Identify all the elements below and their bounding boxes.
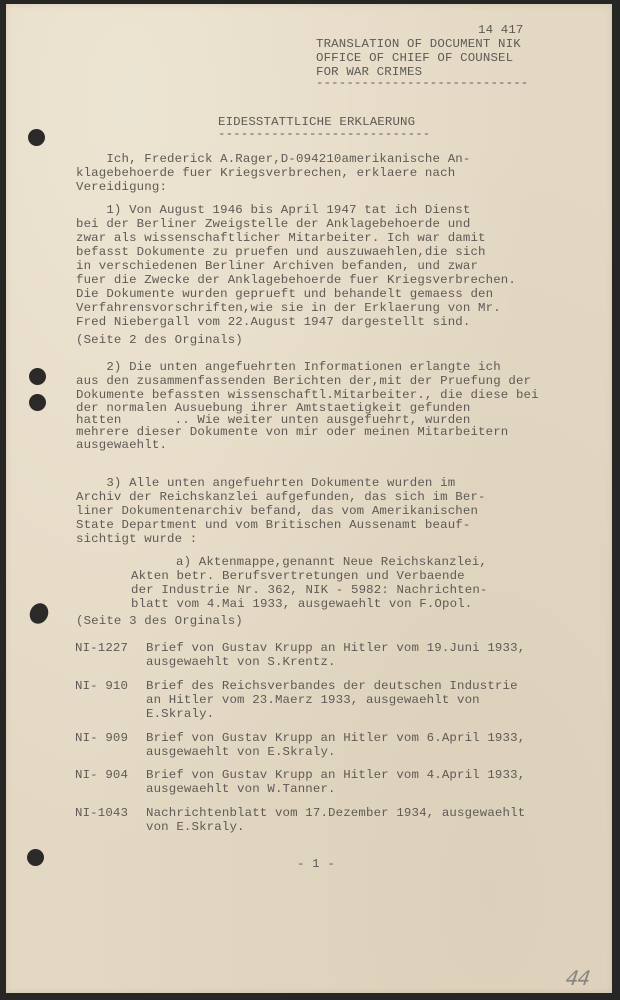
document-code: NI-1227 <box>75 641 128 656</box>
title-underline: ---------------------------- <box>218 127 430 142</box>
punch-hole-1 <box>28 129 45 146</box>
paragraph-1-line-5: in verschiedenen Berliner Archiven befan… <box>76 259 478 274</box>
document-code: NI- 904 <box>75 768 128 783</box>
document-code: NI- 909 <box>75 731 128 746</box>
paragraph-2-line-7: ausgewaehlt. <box>76 438 167 453</box>
handwritten-folio-number: 44 <box>564 966 591 990</box>
paragraph-1-line-6: fuer die Zwecke der Anklagebehoerde fuer… <box>76 273 516 288</box>
document-number: 14 417 <box>478 23 524 38</box>
subparagraph-a-line-3: der Industrie Nr. 362, NIK - 5982: Nachr… <box>131 583 488 598</box>
document-description-line-1: Brief von Gustav Krupp an Hitler vom 19.… <box>146 641 525 656</box>
document-description-line-2: von E.Skraly. <box>146 820 245 835</box>
document-description-line-2: an Hitler vom 23.Maerz 1933, ausgewaehlt… <box>146 693 480 708</box>
paragraph-1-line-3: zwar als wissenschaftlicher Mitarbeiter.… <box>76 231 486 246</box>
document-description-line-2: ausgewaehlt von E.Skraly. <box>146 745 336 760</box>
page-number: - 1 - <box>297 857 335 872</box>
intro-line-2: klagebehoerde fuer Kriegsverbrechen, erk… <box>76 166 455 181</box>
paragraph-1-line-8: Verfahrensvorschriften,wie sie in der Er… <box>76 301 501 316</box>
document-code: NI-1043 <box>75 806 128 821</box>
document-description-line-1: Nachrichtenblatt vom 17.Dezember 1934, a… <box>146 806 525 821</box>
page-marker-seite-3: (Seite 3 des Orginals) <box>76 614 243 629</box>
intro-line-3: Vereidigung: <box>76 180 167 195</box>
paragraph-3-line-3: liner Dokumentenarchiv befand, das vom A… <box>76 504 478 519</box>
document-scan: 14 417 TRANSLATION OF DOCUMENT NIK OFFIC… <box>0 0 620 1000</box>
punch-hole-3 <box>29 394 46 411</box>
paragraph-2-line-1: 2) Die unten angefuehrten Informationen … <box>76 360 501 375</box>
paragraph-3-line-5: sichtigt wurde : <box>76 532 197 547</box>
header-line-2: OFFICE OF CHIEF OF COUNSEL <box>316 51 513 66</box>
paragraph-1-line-4: befasst Dokumente zu pruefen und auszuwa… <box>76 245 486 260</box>
punch-hole-5 <box>27 849 44 866</box>
header-line-1: TRANSLATION OF DOCUMENT NIK <box>316 37 521 52</box>
page-marker-seite-2: (Seite 2 des Orginals) <box>76 333 243 348</box>
paragraph-1-line-1: 1) Von August 1946 bis April 1947 tat ic… <box>76 203 470 218</box>
document-description-line-1: Brief von Gustav Krupp an Hitler vom 4.A… <box>146 768 525 783</box>
subparagraph-a-line-2: Akten betr. Berufsvertretungen und Verba… <box>131 569 465 584</box>
document-description-line-2: ausgewaehlt von W.Tanner. <box>146 782 336 797</box>
document-description-line-1: Brief des Reichsverbandes der deutschen … <box>146 679 518 694</box>
document-description-line-2: ausgewaehlt von S.Krentz. <box>146 655 336 670</box>
intro-line-1: Ich, Frederick A.Rager,D-094210amerikani… <box>76 152 470 167</box>
punch-hole-2 <box>29 368 46 385</box>
document-code: NI- 910 <box>75 679 128 694</box>
paragraph-3-line-2: Archiv der Reichskanzlei aufgefunden, da… <box>76 490 486 505</box>
paragraph-3-line-4: State Department und vom Britischen Auss… <box>76 518 470 533</box>
paragraph-1-line-9: Fred Niebergall vom 22.August 1947 darge… <box>76 315 470 330</box>
header-rule: ---------------------------- <box>316 76 528 91</box>
subparagraph-a-line-4: blatt vom 4.Mai 1933, ausgewaehlt von F.… <box>131 597 472 612</box>
paragraph-1-line-2: bei der Berliner Zweigstelle der Anklage… <box>76 217 470 232</box>
paragraph-3-line-1: 3) Alle unten angefuehrten Dokumente wur… <box>76 476 455 491</box>
document-description-line-3: E.Skraly. <box>146 707 214 722</box>
paragraph-2-line-2: aus den zusammenfassenden Berichten der,… <box>76 374 531 389</box>
document-description-line-1: Brief von Gustav Krupp an Hitler vom 6.A… <box>146 731 525 746</box>
paragraph-1-line-7: Die Dokumente wurden geprueft und behand… <box>76 287 493 302</box>
subparagraph-a-line-1: a) Aktenmappe,genannt Neue Reichskanzlei… <box>176 555 487 570</box>
